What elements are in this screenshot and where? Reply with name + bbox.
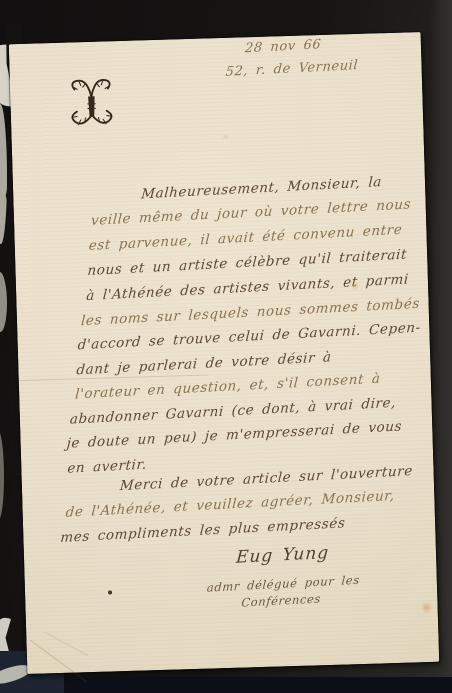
monogram-y-icon bbox=[66, 77, 118, 130]
letter-address: 52, r. de Verneuil bbox=[225, 58, 359, 80]
signature: Eug Yung bbox=[235, 543, 329, 568]
monogram-stem bbox=[88, 96, 95, 117]
background-sliver bbox=[0, 104, 7, 244]
album-gutter bbox=[0, 677, 452, 693]
signature-title-line: admr délégué pour les bbox=[206, 573, 360, 595]
scanned-letter-photo: 28 nov 66 52, r. de Verneuil Malheureuse… bbox=[0, 0, 452, 693]
ink-spot bbox=[108, 590, 112, 594]
foxing-stain bbox=[419, 602, 433, 613]
foxing-stain bbox=[222, 134, 230, 140]
letter-line: mes compliments les plus empressés bbox=[60, 515, 346, 546]
signature-title-line: Conférences bbox=[241, 591, 322, 609]
paper-crease bbox=[44, 631, 88, 656]
background-sliver bbox=[0, 272, 7, 332]
background-sliver bbox=[0, 430, 4, 520]
letter-sheet: 28 nov 66 52, r. de Verneuil Malheureuse… bbox=[9, 32, 440, 674]
letter-line: Malheureusement, Monsieur, la bbox=[141, 174, 383, 202]
letter-date: 28 nov 66 bbox=[244, 37, 321, 56]
letter-line: en avertir. bbox=[67, 457, 148, 477]
